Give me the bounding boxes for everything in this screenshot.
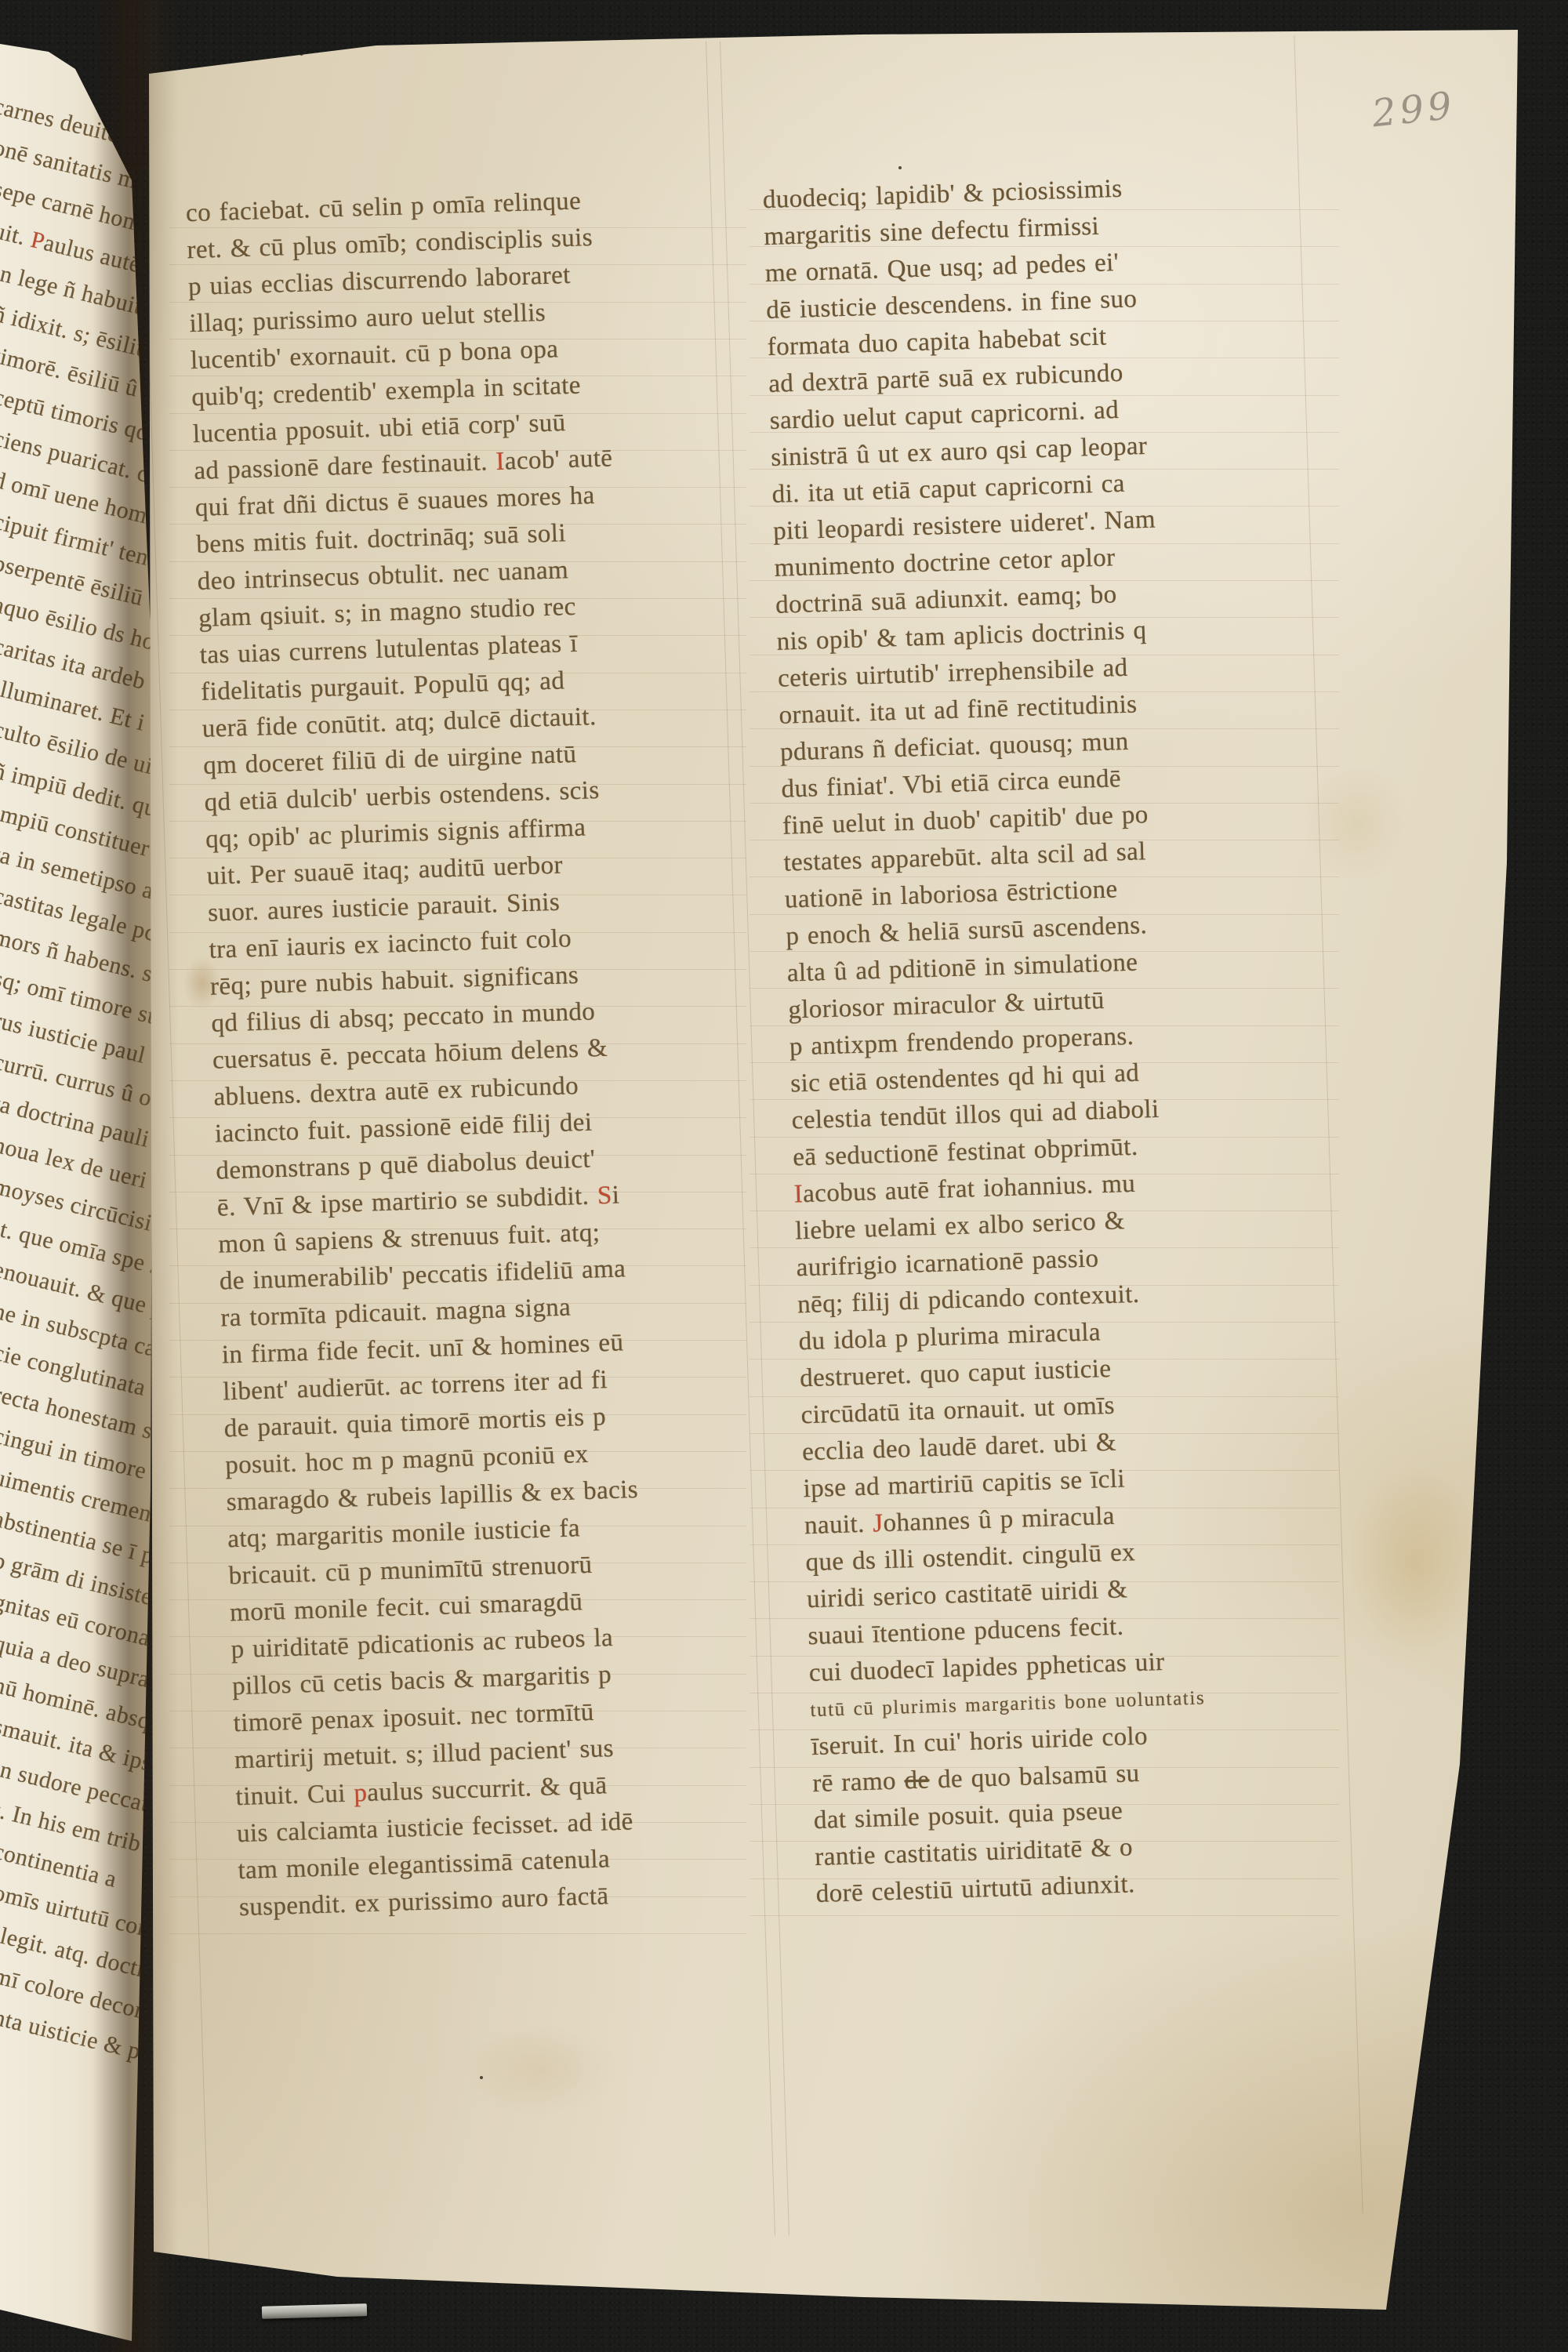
text-segment: ceteris uirtutib' irrephensibile ad xyxy=(778,654,1128,693)
text-column-left: co faciebat. cū selin p omīa relinqueret… xyxy=(185,178,796,1926)
text-segment: munimento doctrine cetor aplor xyxy=(774,543,1116,583)
text-segment: formata duo capita habebat scit xyxy=(767,322,1107,361)
text-segment: aulus succurrit. & quā xyxy=(367,1771,608,1807)
text-segment: īseruit. In cui' horis uiride colo xyxy=(811,1722,1148,1761)
text-segment: duodeciq; lapidib' & pciosissimis xyxy=(762,175,1123,214)
text-segment: dat simile posuit. quia pseue xyxy=(813,1797,1123,1835)
text-segment: testates apparebūt. alta scil ad sal xyxy=(783,837,1146,877)
manuscript-page: 299 co faciebat. cū selin p omīa relinqu… xyxy=(0,0,1568,2352)
text-segment: pdurans ñ deficiat. quousq; mun xyxy=(780,728,1130,767)
text-segment: dus finiat'. Vbi etiā circa eundē xyxy=(781,764,1121,804)
text-segment: finē uelut in duob' capitib' due po xyxy=(782,800,1149,840)
text-segment: uit. Per suauē itaq; auditū uerbor xyxy=(206,851,563,891)
text-segment: circūdatū ita ornauit. ut omīs xyxy=(800,1392,1115,1430)
photo-background: carnes deuitet. quonē sanitatis masepe c… xyxy=(0,0,1568,2352)
text-segment: suspendit. ex purissimo auro factā xyxy=(238,1882,608,1922)
text-segment: acob' autē xyxy=(504,444,613,475)
text-segment: nauit. xyxy=(804,1510,873,1541)
text-segment: timorē penax iposuit. nec tormītū xyxy=(233,1698,594,1737)
text-segment: p antixpm frendendo properans. xyxy=(789,1022,1134,1062)
text-segment: ad dextrā partē suā ex rubicundo xyxy=(768,359,1123,398)
text-segment: di. ita ut etiā caput capricorni ca xyxy=(771,470,1125,509)
text-segment: suaui ītentione pducens fecit. xyxy=(808,1613,1124,1651)
binding-clasp xyxy=(262,2303,367,2319)
text-segment: morū monile fecit. cui smaragdū xyxy=(230,1588,583,1627)
text-segment: p enoch & heliā sursū ascendens. xyxy=(786,911,1148,950)
text-segment: destrueret. quo caput iusticie xyxy=(800,1355,1112,1392)
text-segment: bricauit. cū p munimītū strenuorū xyxy=(228,1551,593,1591)
text-segment: ecclia deo laudē daret. ubi & xyxy=(802,1428,1117,1467)
text-segment: ra tormīta pdicauit. magna signa xyxy=(220,1294,572,1333)
text-segment: ipse ad martiriū capitis se īcli xyxy=(803,1465,1125,1503)
text-segment: tra enī iauris ex iacincto fuit colo xyxy=(209,924,572,964)
text-segment: me ornatā. Que usq; ad pedes ei' xyxy=(764,249,1119,288)
text-segment: aurifrigio icarnationē passio xyxy=(796,1244,1099,1282)
text-segment: ad passionē dare festinauit. xyxy=(194,448,496,485)
text-segment: acobus autē frat iohannius. mu xyxy=(803,1170,1136,1208)
text-segment: sardio uelut caput capricorni. ad xyxy=(769,396,1119,435)
text-segment: abluens. dextra autē ex rubicundo xyxy=(213,1072,579,1112)
text-segment: tinuit. Cui xyxy=(235,1780,354,1812)
text-segment: gloriosor miraculor & uirtutū xyxy=(788,986,1105,1025)
text-segment: nis opib' & tam aplicis doctrinis q xyxy=(776,616,1147,656)
text-segment: dorē celestiū uirtutū adiunxit. xyxy=(815,1870,1135,1908)
text-segment: atq; margaritis monile iusticie fa xyxy=(227,1514,581,1553)
text-segment: de quo balsamū su xyxy=(929,1759,1140,1794)
text-layer: co faciebat. cū selin p omīa relinqueret… xyxy=(0,0,1568,2352)
text-segment: rē ramo xyxy=(812,1766,905,1798)
text-segment: eā seductionē festinat obprimūt. xyxy=(793,1133,1138,1172)
text-segment: lucentib' exornauit. cū p bona opa xyxy=(190,335,558,375)
text-segment: i xyxy=(612,1181,620,1209)
rubric-initial: S xyxy=(597,1181,612,1210)
text-segment: liebre uelami ex albo serico & xyxy=(795,1207,1126,1245)
text-segment: rantie castitatis uiriditatē & o xyxy=(815,1833,1134,1871)
text-segment: celestia tendūt illos qui ad diaboli xyxy=(791,1095,1160,1135)
text-segment: doctrinā suā adiunxit. eamq; bo xyxy=(775,580,1117,619)
text-segment: ornauit. ita ut ad finē rectitudinis xyxy=(779,690,1138,729)
rubric-initial: J xyxy=(873,1509,884,1537)
text-segment: nēq; filij di pdicando contexuit. xyxy=(797,1280,1140,1319)
text-segment: fidelitatis purgauit. Populū qq; ad xyxy=(201,666,565,706)
text-segment: uationē in laboriosa ēstrictione xyxy=(784,875,1118,913)
text-segment: suor. aures iusticie parauit. Sinis xyxy=(208,888,561,927)
text-segment: du idola p plurima miracula xyxy=(798,1318,1101,1356)
folio-number: 299 xyxy=(1370,84,1457,136)
rubric-initial: p xyxy=(354,1779,368,1808)
text-segment: cui duodecī lapides ppheticas uir xyxy=(808,1648,1165,1687)
text-segment: tutū cū plurimis margaritis bone uolunta… xyxy=(810,1687,1206,1721)
text-segment: alta û ad pditionē in simulatione xyxy=(786,949,1138,988)
text-segment: que ds illi ostendit. cingulū ex xyxy=(805,1538,1136,1577)
text-segment: posuit. hoc m p magnū pconiū ex xyxy=(225,1440,589,1480)
text-segment: illaq; purissimo auro uelut stellis xyxy=(189,299,546,338)
text-segment: margaritis sine defectu firmissi xyxy=(764,212,1100,251)
struck-word: de xyxy=(904,1766,930,1795)
text-column-right: duodeciq; lapidib' & pciosissimismargari… xyxy=(762,164,1388,1913)
previous-page-edge: carnes deuitet. quonē sanitatis masepe c… xyxy=(0,0,165,2352)
text-segment: rēq; pure nubis habuit. significans xyxy=(210,961,579,1001)
text-segment: bens mitis fuit. doctrināq; suā soli xyxy=(196,519,567,559)
text-segment: sic etiā ostendentes qd hi qui ad xyxy=(790,1059,1140,1098)
text-segment: uiridi serico castitatē uiridi & xyxy=(806,1575,1127,1613)
text-segment: ohannes û p miracula xyxy=(883,1502,1115,1537)
